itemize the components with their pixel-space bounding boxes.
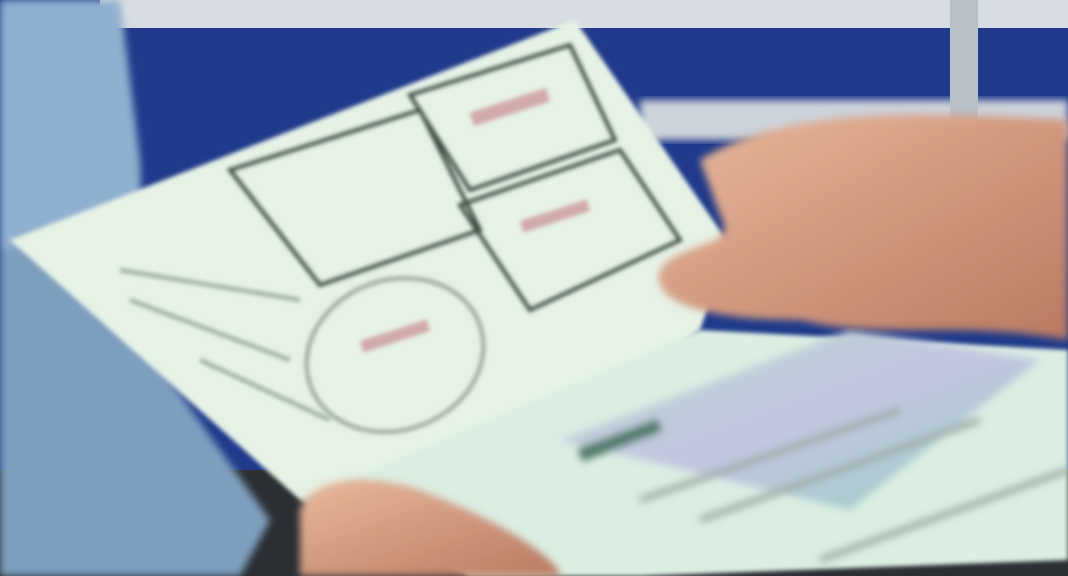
passport-photo (0, 0, 1068, 576)
